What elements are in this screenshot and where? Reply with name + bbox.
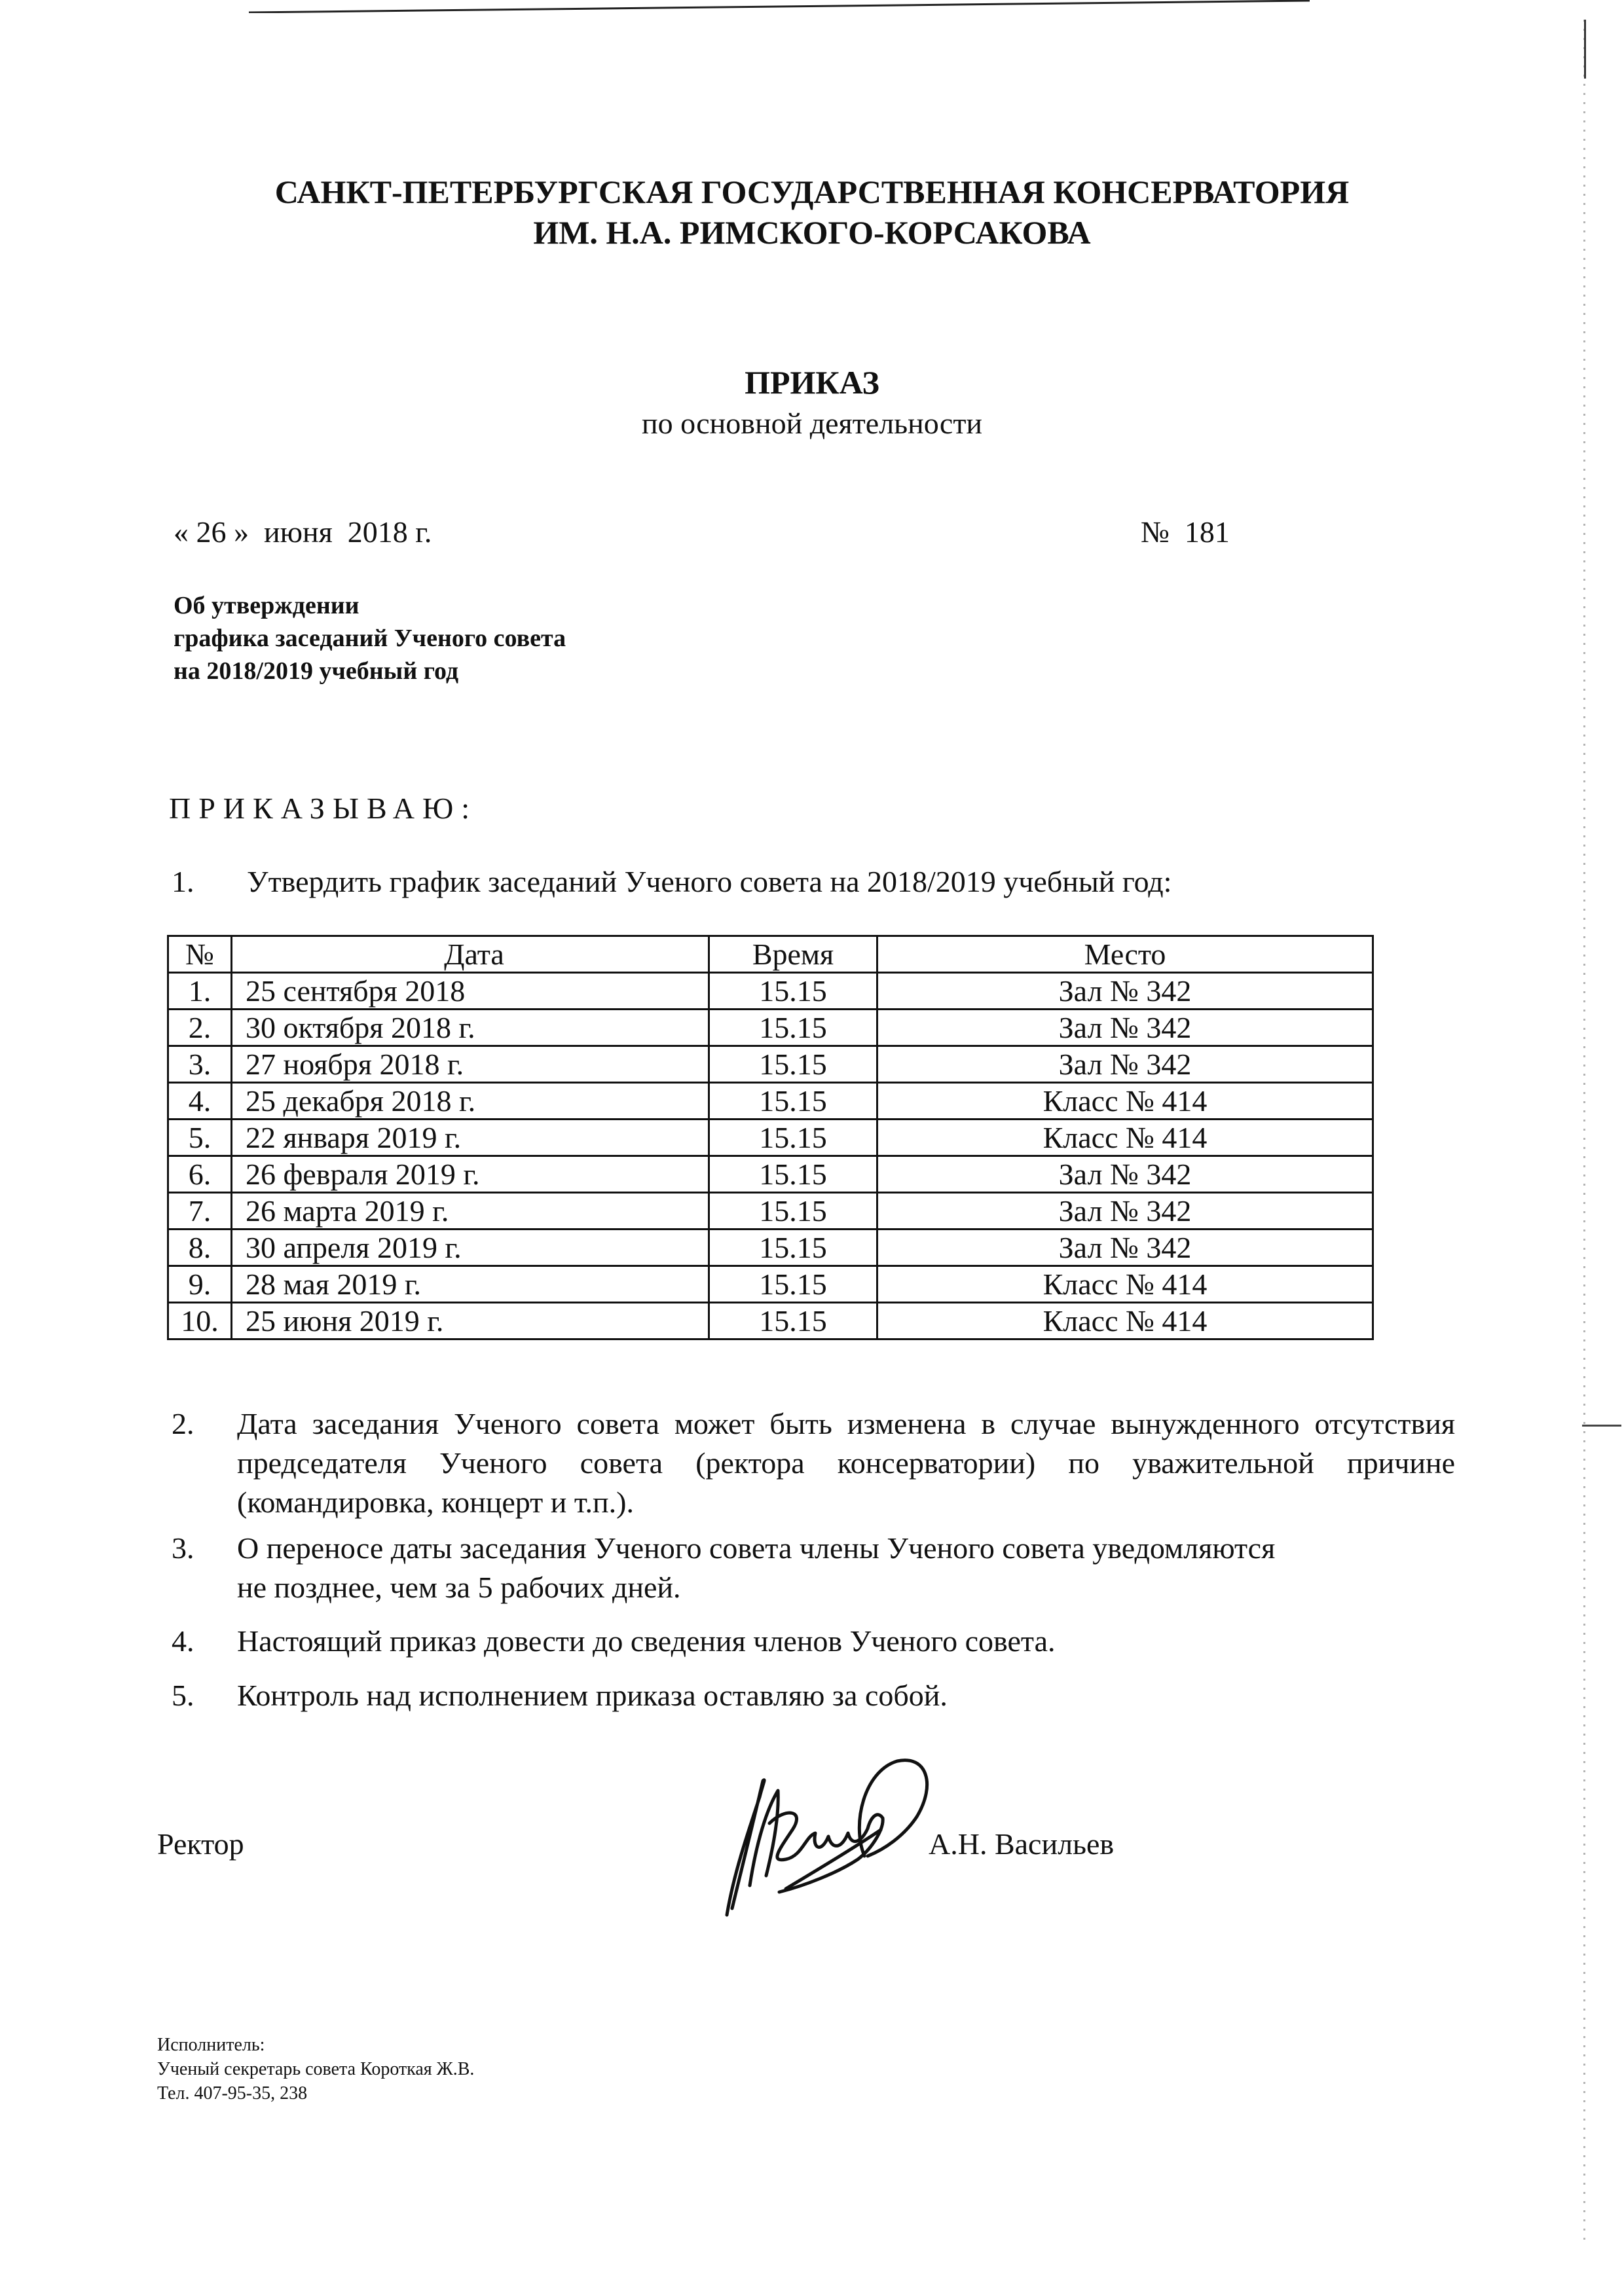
item-number: 2. bbox=[172, 1404, 194, 1444]
item-text-line: не позднее, чем за 5 рабочих дней. bbox=[237, 1568, 1455, 1607]
column-header-date: Дата bbox=[232, 936, 709, 973]
column-header-number: № bbox=[168, 936, 232, 973]
column-header-place: Место bbox=[877, 936, 1373, 973]
institution-name-line2: ИМ. Н.А. РИМСКОГО-КОРСАКОВА bbox=[0, 212, 1624, 253]
cell-time: 15.15 bbox=[709, 1303, 877, 1339]
cell-time: 15.15 bbox=[709, 1010, 877, 1046]
item-text: Настоящий приказ довести до сведения чле… bbox=[237, 1622, 1455, 1661]
order-date: « 26 » июня 2018 г. bbox=[174, 515, 432, 549]
signatory-name: А.Н. Васильев bbox=[929, 1827, 1114, 1861]
cell-number: 4. bbox=[168, 1083, 232, 1120]
institution-name: САНКТ-ПЕТЕРБУРГСКАЯ ГОСУДАРСТВЕННАЯ КОНС… bbox=[0, 172, 1624, 212]
cell-number: 3. bbox=[168, 1046, 232, 1083]
table-row: 1.25 сентября 201815.15Зал № 342 bbox=[168, 973, 1373, 1010]
cell-place: Зал № 342 bbox=[877, 1230, 1373, 1266]
item-text: Контроль над исполнением приказа оставля… bbox=[237, 1676, 1455, 1715]
cell-date: 22 января 2019 г. bbox=[232, 1120, 709, 1156]
document-subtitle: по основной деятельности bbox=[0, 406, 1624, 441]
cell-time: 15.15 bbox=[709, 1193, 877, 1230]
table-header-row: № Дата Время Место bbox=[168, 936, 1373, 973]
cell-time: 15.15 bbox=[709, 1266, 877, 1303]
item-text: Дата заседания Ученого совета может быть… bbox=[237, 1404, 1455, 1522]
cell-number: 7. bbox=[168, 1193, 232, 1230]
table-row: 3.27 ноября 2018 г.15.15Зал № 342 bbox=[168, 1046, 1373, 1083]
cell-number: 1. bbox=[168, 973, 232, 1010]
cell-time: 15.15 bbox=[709, 1230, 877, 1266]
item-text: Утвердить график заседаний Ученого совет… bbox=[247, 865, 1172, 898]
item-text-line: О переносе даты заседания Ученого совета… bbox=[237, 1529, 1455, 1568]
item-number: 5. bbox=[172, 1676, 194, 1715]
scan-edge-line bbox=[249, 0, 1310, 13]
meeting-schedule-table: № Дата Время Место 1.25 сентября 201815.… bbox=[167, 935, 1374, 1340]
subject-line: на 2018/2019 учебный год bbox=[174, 655, 566, 687]
executor-phone: Тел. 407-95-35, 238 bbox=[157, 2081, 474, 2105]
directive-heading: ПРИКАЗЫВАЮ: bbox=[169, 791, 477, 826]
cell-number: 2. bbox=[168, 1010, 232, 1046]
table-row: 5.22 января 2019 г.15.15Класс № 414 bbox=[168, 1120, 1373, 1156]
table-row: 6.26 февраля 2019 г.15.15Зал № 342 bbox=[168, 1156, 1373, 1193]
scan-margin-artifact bbox=[1584, 20, 1586, 79]
table-row: 7.26 марта 2019 г.15.15Зал № 342 bbox=[168, 1193, 1373, 1230]
table-row: 10.25 июня 2019 г.15.15Класс № 414 bbox=[168, 1303, 1373, 1339]
cell-place: Зал № 342 bbox=[877, 973, 1373, 1010]
table-row: 8.30 апреля 2019 г.15.15Зал № 342 bbox=[168, 1230, 1373, 1266]
cell-place: Класс № 414 bbox=[877, 1303, 1373, 1339]
cell-number: 10. bbox=[168, 1303, 232, 1339]
cell-number: 8. bbox=[168, 1230, 232, 1266]
cell-time: 15.15 bbox=[709, 1083, 877, 1120]
cell-place: Класс № 414 bbox=[877, 1266, 1373, 1303]
subject-line: Об утверждении bbox=[174, 589, 566, 622]
cell-number: 9. bbox=[168, 1266, 232, 1303]
cell-place: Зал № 342 bbox=[877, 1156, 1373, 1193]
cell-date: 28 мая 2019 г. bbox=[232, 1266, 709, 1303]
cell-number: 5. bbox=[168, 1120, 232, 1156]
cell-date: 26 марта 2019 г. bbox=[232, 1193, 709, 1230]
executor-name: Ученый секретарь совета Короткая Ж.В. bbox=[157, 2057, 474, 2081]
scan-margin-mark bbox=[1582, 1425, 1621, 1427]
cell-date: 30 октября 2018 г. bbox=[232, 1010, 709, 1046]
cell-date: 25 июня 2019 г. bbox=[232, 1303, 709, 1339]
cell-time: 15.15 bbox=[709, 1156, 877, 1193]
cell-number: 6. bbox=[168, 1156, 232, 1193]
executor-info: Исполнитель: Ученый секретарь совета Кор… bbox=[157, 2033, 474, 2105]
cell-place: Зал № 342 bbox=[877, 1010, 1373, 1046]
scan-margin-artifact bbox=[1583, 20, 1585, 2246]
order-subject: Об утверждении графика заседаний Ученого… bbox=[174, 589, 566, 687]
table-row: 9.28 мая 2019 г.15.15Класс № 414 bbox=[168, 1266, 1373, 1303]
table-row: 4.25 декабря 2018 г.15.15Класс № 414 bbox=[168, 1083, 1373, 1120]
executor-label: Исполнитель: bbox=[157, 2033, 474, 2057]
table-row: 2.30 октября 2018 г.15.15Зал № 342 bbox=[168, 1010, 1373, 1046]
cell-place: Класс № 414 bbox=[877, 1083, 1373, 1120]
item-text: О переносе даты заседания Ученого совета… bbox=[237, 1529, 1455, 1607]
cell-date: 30 апреля 2019 г. bbox=[232, 1230, 709, 1266]
column-header-time: Время bbox=[709, 936, 877, 973]
item-number: 4. bbox=[172, 1622, 194, 1661]
document-title: ПРИКАЗ bbox=[0, 363, 1624, 401]
signatory-position: Ректор bbox=[157, 1827, 244, 1861]
cell-date: 27 ноября 2018 г. bbox=[232, 1046, 709, 1083]
subject-line: графика заседаний Ученого совета bbox=[174, 622, 566, 655]
item-number: 3. bbox=[172, 1529, 194, 1568]
cell-place: Зал № 342 bbox=[877, 1193, 1373, 1230]
cell-place: Класс № 414 bbox=[877, 1120, 1373, 1156]
order-item-1: 1.Утвердить график заседаний Ученого сов… bbox=[172, 864, 1172, 899]
cell-date: 25 декабря 2018 г. bbox=[232, 1083, 709, 1120]
cell-time: 15.15 bbox=[709, 973, 877, 1010]
order-number: № 181 bbox=[1141, 515, 1230, 549]
cell-time: 15.15 bbox=[709, 1120, 877, 1156]
cell-date: 25 сентября 2018 bbox=[232, 973, 709, 1010]
cell-date: 26 февраля 2019 г. bbox=[232, 1156, 709, 1193]
cell-place: Зал № 342 bbox=[877, 1046, 1373, 1083]
item-number: 1. bbox=[172, 864, 247, 899]
cell-time: 15.15 bbox=[709, 1046, 877, 1083]
